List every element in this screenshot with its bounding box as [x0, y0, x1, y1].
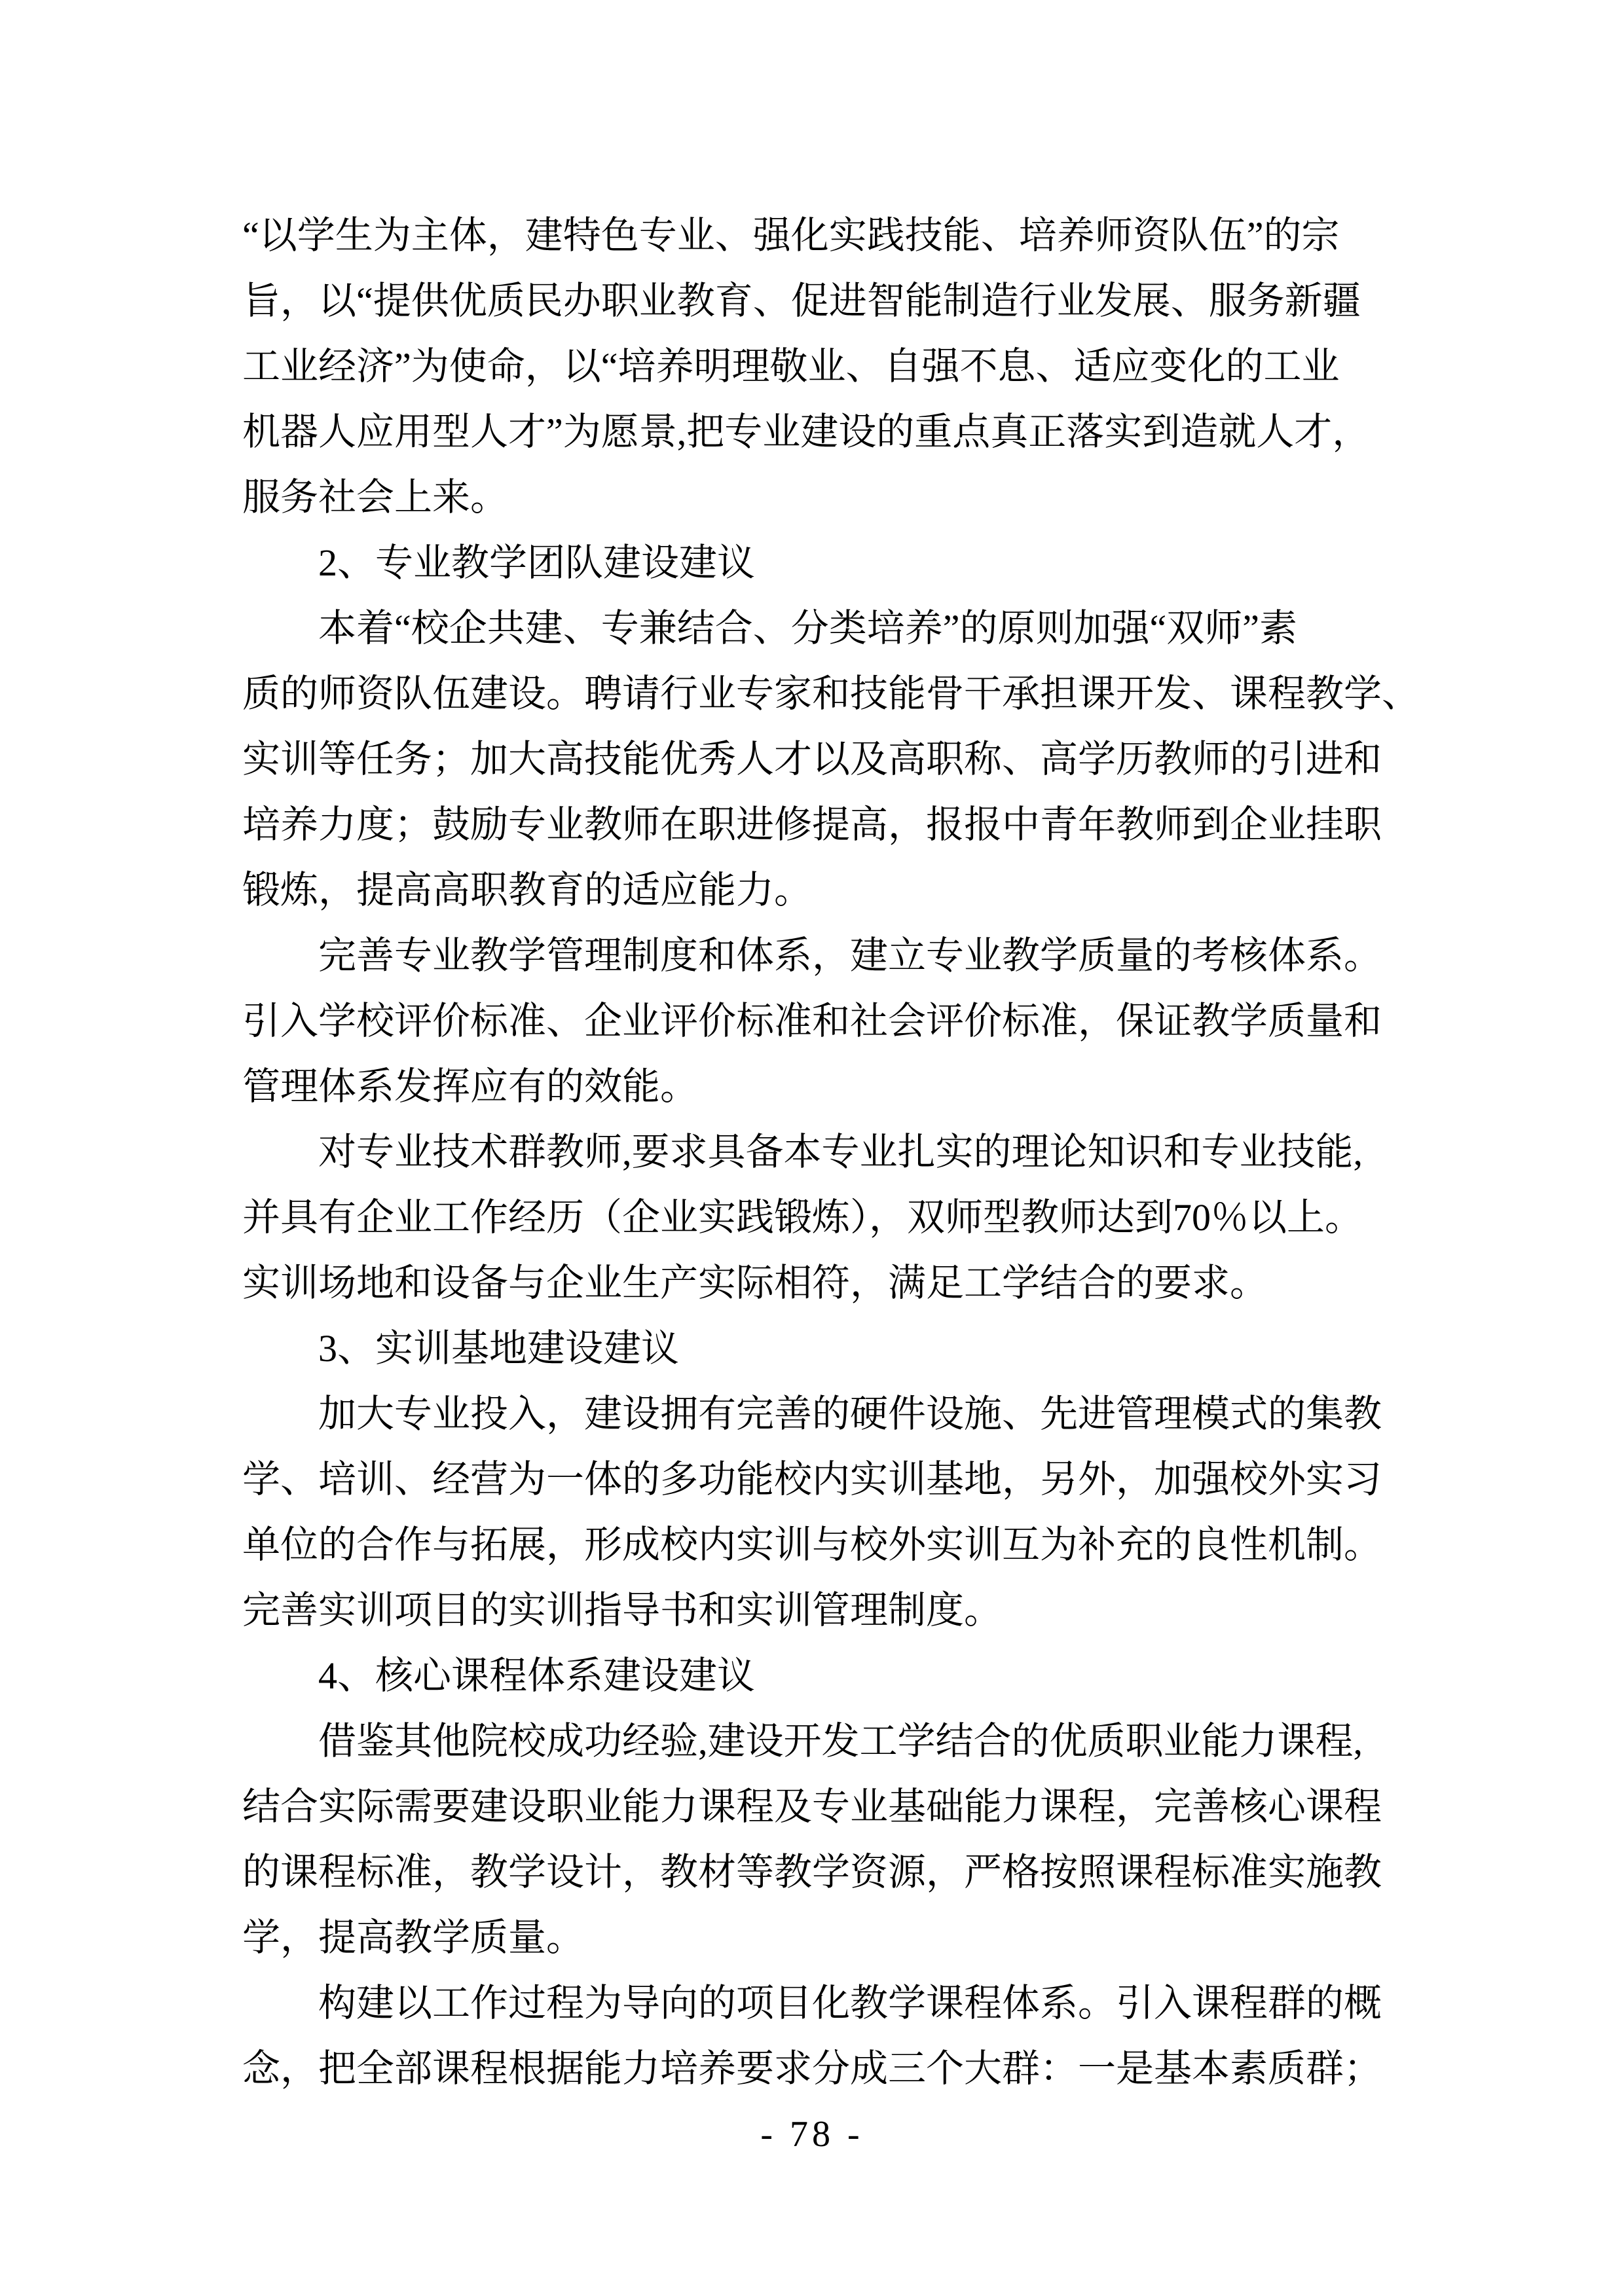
text-line: 旨，以“提供优质民办职业教育、促进智能制造行业发展、服务新疆 — [242, 268, 1395, 334]
text-line: 实训等任务；加大高技能优秀人才以及高职称、高学历教师的引进和 — [242, 727, 1395, 792]
text-line: 结合实际需要建设职业能力课程及专业基础能力课程，完善核心课程 — [242, 1774, 1395, 1840]
text-line: 念，把全部课程根据能力培养要求分成三个大群：一是基本素质群； — [242, 2036, 1395, 2102]
text-line: 的课程标准，教学设计，教材等教学资源，严格按照课程标准实施教 — [242, 1840, 1395, 1905]
document-page: “以学生为主体，建特色专业、强化实践技能、培养师资队伍”的宗 旨，以“提供优质民… — [0, 0, 1624, 2296]
text-line: 借鉴其他院校成功经验,建设开发工学结合的优质职业能力课程, — [242, 1709, 1395, 1774]
section-heading: 4、核心课程体系建设建议 — [242, 1643, 1395, 1709]
text-line: 完善专业教学管理制度和体系，建立专业教学质量的考核体系。 — [242, 923, 1395, 989]
text-line: 质的师资队伍建设。聘请行业专家和技能骨干承担课开发、课程教学、 — [242, 661, 1395, 727]
text-line: 加大专业投入，建设拥有完善的硬件设施、先进管理模式的集教 — [242, 1381, 1395, 1447]
text-line: 本着“校企共建、专兼结合、分类培养”的原则加强“双师”素 — [242, 596, 1395, 661]
text-line: 服务社会上来。 — [242, 465, 1395, 530]
document-body: “以学生为主体，建特色专业、强化实践技能、培养师资队伍”的宗 旨，以“提供优质民… — [242, 203, 1395, 2102]
text-line: 单位的合作与拓展，形成校内实训与校外实训互为补充的良性机制。 — [242, 1512, 1395, 1578]
text-line: 实训场地和设备与企业生产实际相符，满足工学结合的要求。 — [242, 1250, 1395, 1316]
page-number: - 78 - — [0, 2113, 1624, 2155]
text-line: 机器人应用型人才”为愿景,把专业建设的重点真正落实到造就人才， — [242, 399, 1395, 465]
text-line: “以学生为主体，建特色专业、强化实践技能、培养师资队伍”的宗 — [242, 203, 1395, 268]
text-line: 学、培训、经营为一体的多功能校内实训基地，另外，加强校外实习 — [242, 1447, 1395, 1512]
text-line: 并具有企业工作经历（企业实践锻炼），双师型教师达到70％以上。 — [242, 1185, 1395, 1250]
text-line: 对专业技术群教师,要求具备本专业扎实的理论知识和专业技能, — [242, 1120, 1395, 1185]
section-heading: 2、专业教学团队建设建议 — [242, 530, 1395, 596]
text-line: 培养力度；鼓励专业教师在职进修提高，报报中青年教师到企业挂职 — [242, 792, 1395, 858]
section-heading: 3、实训基地建设建议 — [242, 1316, 1395, 1381]
text-line: 学，提高教学质量。 — [242, 1905, 1395, 1971]
text-line: 构建以工作过程为导向的项目化教学课程体系。引入课程群的概 — [242, 1971, 1395, 2036]
text-line: 锻炼，提高高职教育的适应能力。 — [242, 858, 1395, 923]
text-line: 管理体系发挥应有的效能。 — [242, 1054, 1395, 1120]
text-line: 工业经济”为使命，以“培养明理敬业、自强不息、适应变化的工业 — [242, 334, 1395, 399]
text-line: 完善实训项目的实训指导书和实训管理制度。 — [242, 1578, 1395, 1643]
text-line: 引入学校评价标准、企业评价标准和社会评价标准，保证教学质量和 — [242, 989, 1395, 1054]
